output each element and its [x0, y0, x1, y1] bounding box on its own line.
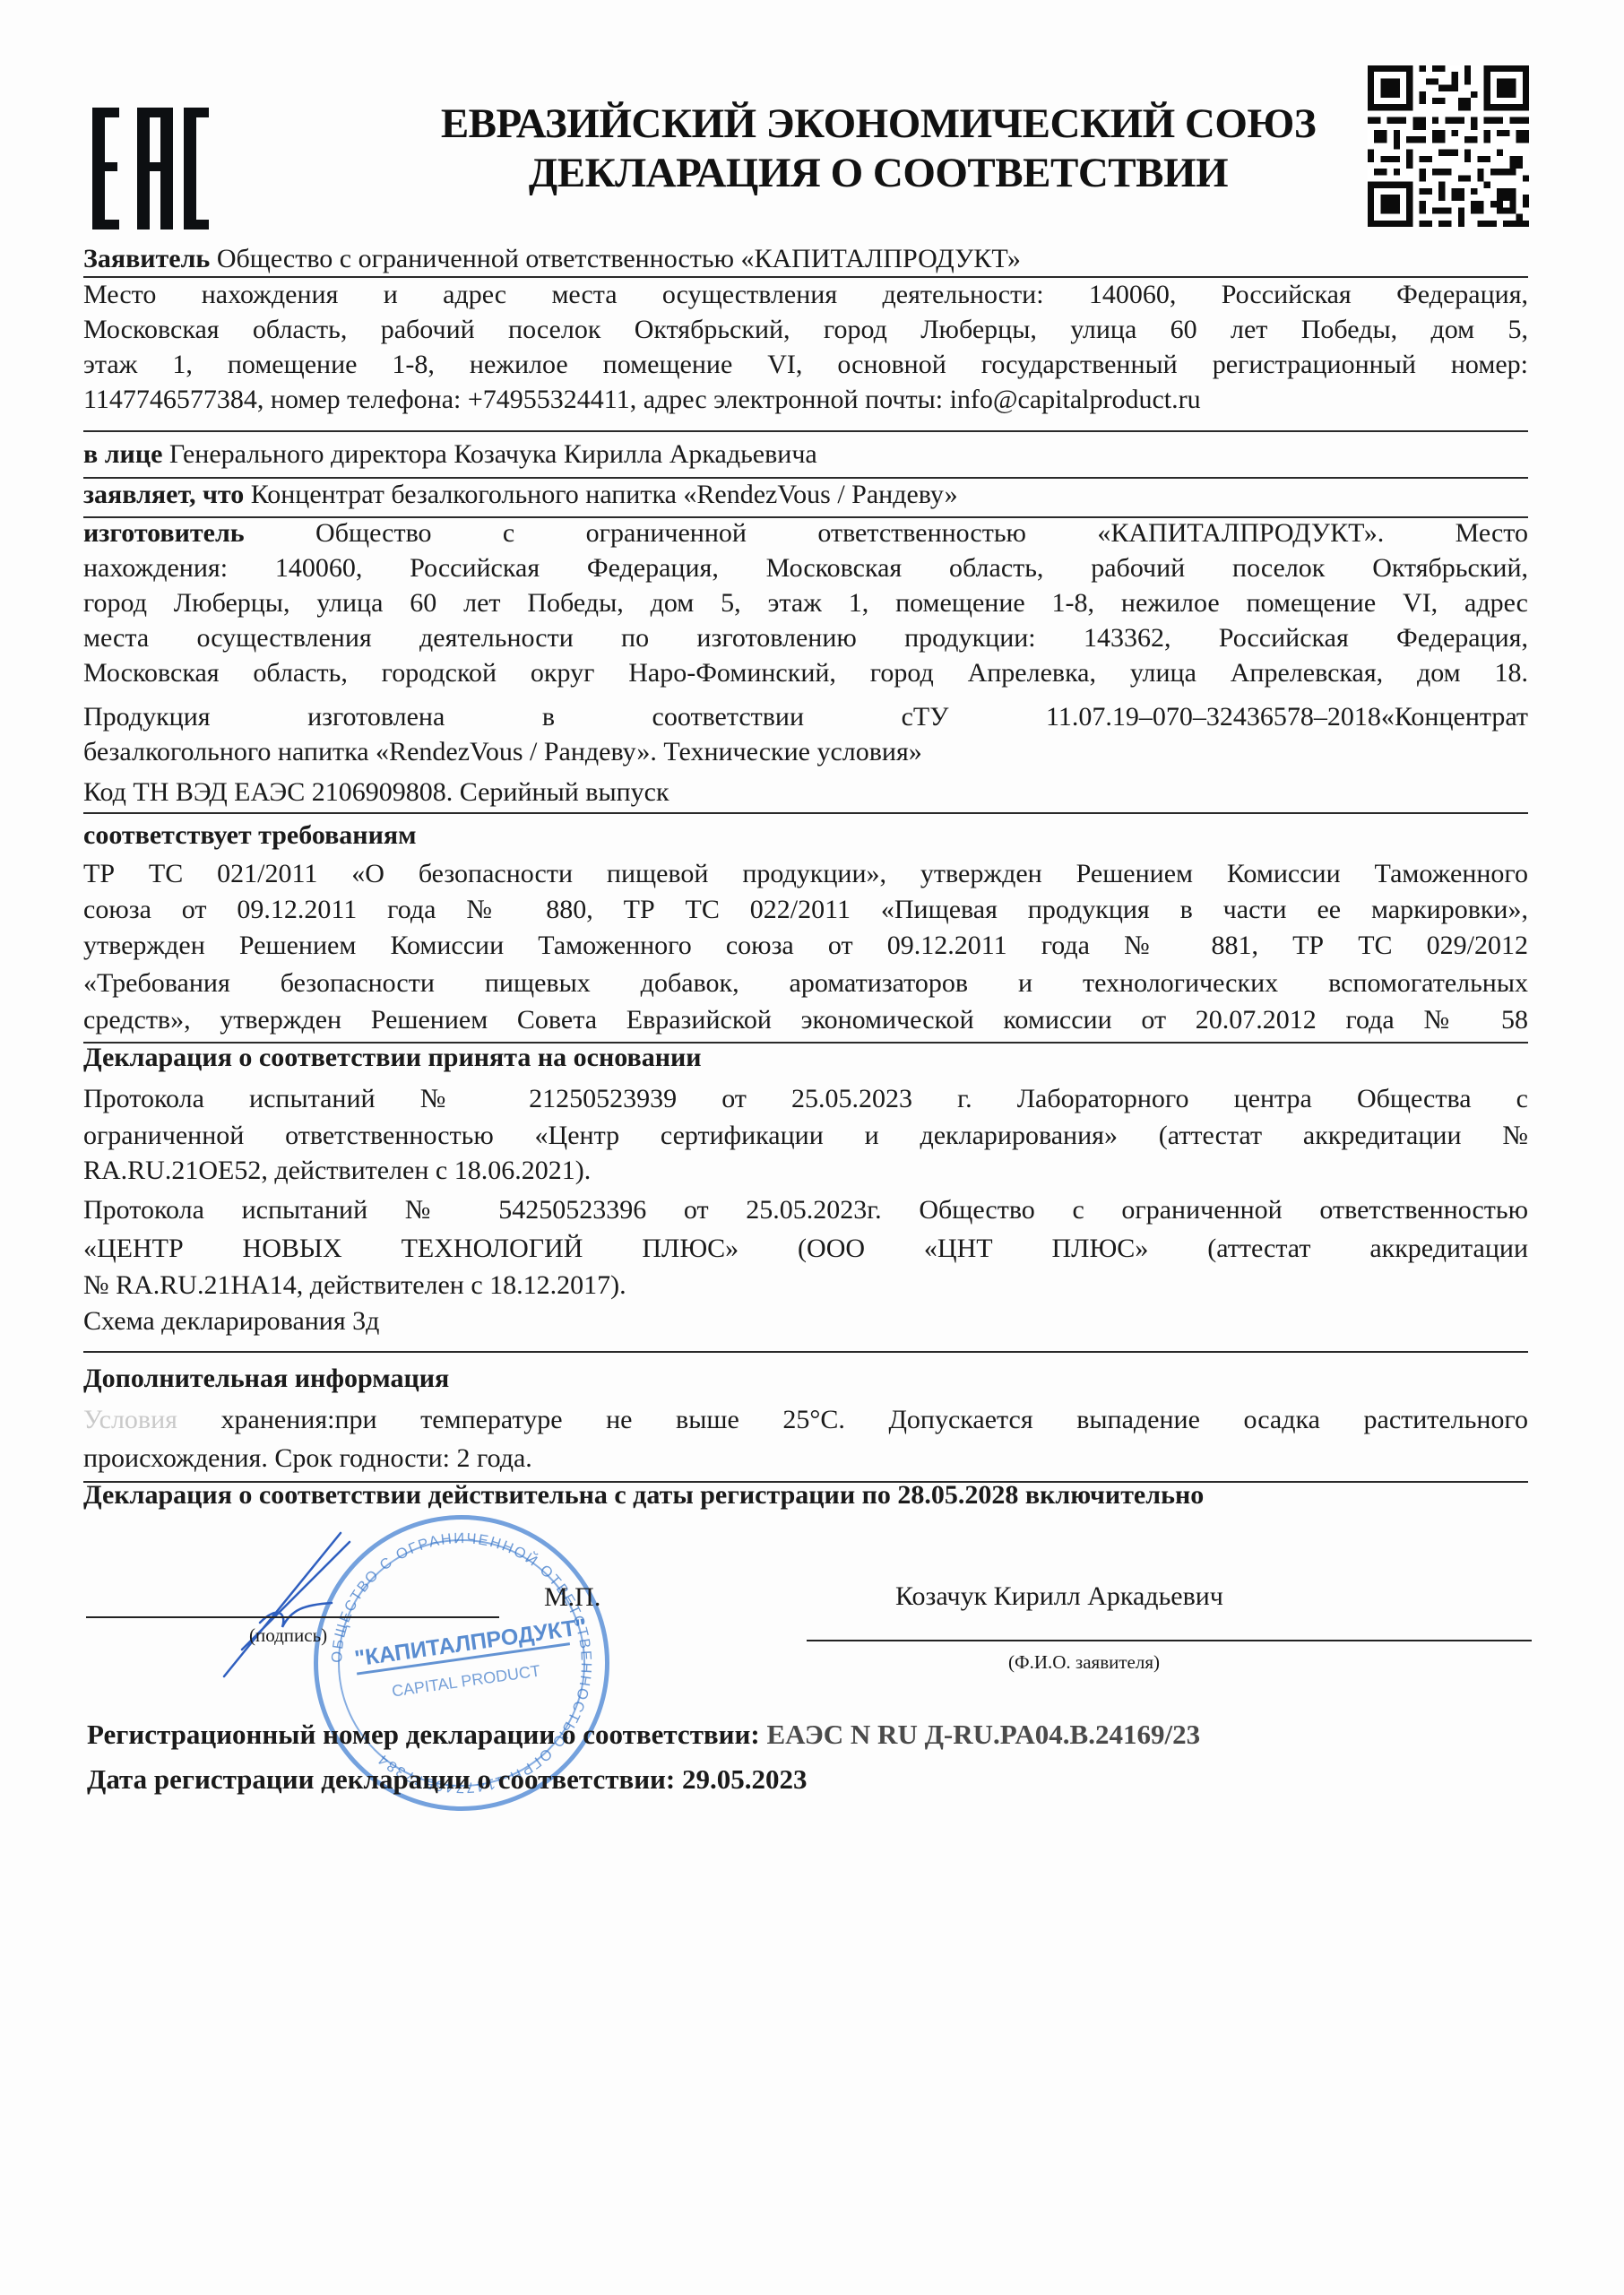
divider — [83, 477, 1528, 479]
storage-conditions-text: хранения:при температуре не выше 25°С. Д… — [177, 1405, 1528, 1434]
basis-heading: Декларация о соответствии принята на осн… — [83, 1043, 1528, 1073]
signer-name: Козачук Кирилл Аркадьевич — [895, 1581, 1223, 1612]
manufacturer-address-line: места осуществления деятельности по изго… — [83, 623, 1528, 654]
registration-date-value: 29.05.2023 — [682, 1763, 808, 1795]
applicant-line: Заявитель Общество с ограниченной ответс… — [83, 244, 1528, 274]
manufacturer-address-line: Московская область, городской округ Наро… — [83, 658, 1528, 688]
applicant-address-line: Место нахождения и адрес места осуществл… — [83, 280, 1528, 310]
divider — [83, 276, 1528, 278]
requirements-line: «Требования безопасности пищевых добавок… — [83, 968, 1528, 999]
requirements-line: утвержден Решением Комиссии Таможенного … — [83, 931, 1528, 961]
eac-logo-icon — [92, 108, 209, 229]
divider — [83, 430, 1528, 432]
applicant-contacts-line: 1147746577384, номер телефона: +74955324… — [83, 385, 1528, 415]
hs-code-line: Код ТН ВЭД ЕАЭС 2106909808. Серийный вып… — [83, 777, 1528, 808]
protocol-line: Протокола испытаний № 21250523939 от 25.… — [83, 1084, 1528, 1114]
product-standard-line: безалкогольного напитка «RendezVous / Ра… — [83, 737, 1528, 767]
registration-date-line: Дата регистрации декларации о соответств… — [87, 1763, 808, 1796]
additional-info-heading: Дополнительная информация — [83, 1364, 1528, 1394]
protocol-line: «ЦЕНТР НОВЫХ ТЕХНОЛОГИЙ ПЛЮС» (ООО «ЦНТ … — [83, 1234, 1528, 1264]
represented-by-label: в лице — [83, 439, 162, 469]
requirements-line: союза от 09.12.2011 года № 880, ТР ТС 02… — [83, 895, 1528, 925]
validity-statement: Декларация о соответствии действительна … — [83, 1480, 1528, 1511]
requirements-line: средств», утвержден Решением Совета Евра… — [83, 1005, 1528, 1035]
signer-name-line — [807, 1640, 1532, 1641]
signature-caption: (подпись) — [249, 1624, 327, 1647]
registration-number-line: Регистрационный номер декларации о соотв… — [87, 1719, 1200, 1751]
signature-scribble-icon — [206, 1524, 439, 1685]
divider — [83, 812, 1528, 814]
declares-label: заявляет, что — [83, 480, 244, 509]
divider — [83, 1351, 1528, 1353]
declaration-page: ЕВРАЗИЙСКИЙ ЭКОНОМИЧЕСКИЙ СОЮЗ ДЕКЛАРАЦИ… — [0, 0, 1624, 2295]
protocol-line: № RA.RU.21HA14, действителен с 18.12.201… — [83, 1270, 1528, 1301]
manufacturer-address-line: город Люберцы, улица 60 лет Победы, дом … — [83, 588, 1528, 619]
product-name: Концентрат безалкогольного напитка «Rend… — [244, 480, 957, 509]
registration-date-label: Дата регистрации декларации о соответств… — [87, 1763, 682, 1795]
signer-caption: (Ф.И.О. заявителя) — [1008, 1651, 1160, 1674]
signature-line — [86, 1616, 499, 1618]
manufacturer-line: изготовитель Общество с ограниченной отв… — [83, 518, 1528, 549]
declares-line: заявляет, что Концентрат безалкогольного… — [83, 480, 1528, 510]
scheme-line: Схема декларирования 3д — [83, 1306, 1528, 1337]
protocol-line: Протокола испытаний № 54250523396 от 25.… — [83, 1195, 1528, 1225]
manufacturer-address-line: нахождения: 140060, Российская Федерация… — [83, 553, 1528, 584]
document-title: ДЕКЛАРАЦИЯ О СООТВЕТСТВИИ — [394, 150, 1362, 196]
registration-number-label: Регистрационный номер декларации о соотв… — [87, 1719, 766, 1750]
union-title: ЕВРАЗИЙСКИЙ ЭКОНОМИЧЕСКИЙ СОЮЗ — [394, 100, 1362, 147]
stamp-mark-label: М.П. — [544, 1582, 600, 1613]
manufacturer-label: изготовитель — [83, 518, 245, 548]
shelf-life-line: происхождения. Срок годности: 2 года. — [83, 1443, 1528, 1474]
protocol-line: ограниченной ответственностью «Центр сер… — [83, 1121, 1528, 1151]
applicant-address-line: этаж 1, помещение 1-8, нежилое помещение… — [83, 350, 1528, 380]
applicant-address-line: Московская область, рабочий поселок Октя… — [83, 315, 1528, 345]
represented-by-value: Генерального директора Козачука Кирилла … — [162, 439, 816, 469]
faded-text: Условия — [83, 1405, 177, 1434]
requirements-heading: соответствует требованиям — [83, 820, 1528, 851]
applicant-label: Заявитель — [83, 244, 210, 273]
storage-conditions-line: Условия хранения:при температуре не выше… — [83, 1405, 1528, 1435]
qr-code-icon — [1368, 65, 1529, 227]
registration-number-value: ЕАЭС N RU Д-RU.PA04.B.24169/23 — [766, 1719, 1200, 1750]
represented-by-line: в лице Генерального директора Козачука К… — [83, 439, 1528, 470]
applicant-value: Общество с ограниченной ответственностью… — [210, 244, 1021, 273]
manufacturer-value: Общество с ограниченной ответственностью… — [245, 518, 1528, 548]
product-standard-line: Продукция изготовлена в соответствии сТУ… — [83, 702, 1528, 732]
requirements-line: ТР ТС 021/2011 «О безопасности пищевой п… — [83, 859, 1528, 889]
protocol-line: RA.RU.21OE52, действителен с 18.06.2021)… — [83, 1156, 1528, 1186]
